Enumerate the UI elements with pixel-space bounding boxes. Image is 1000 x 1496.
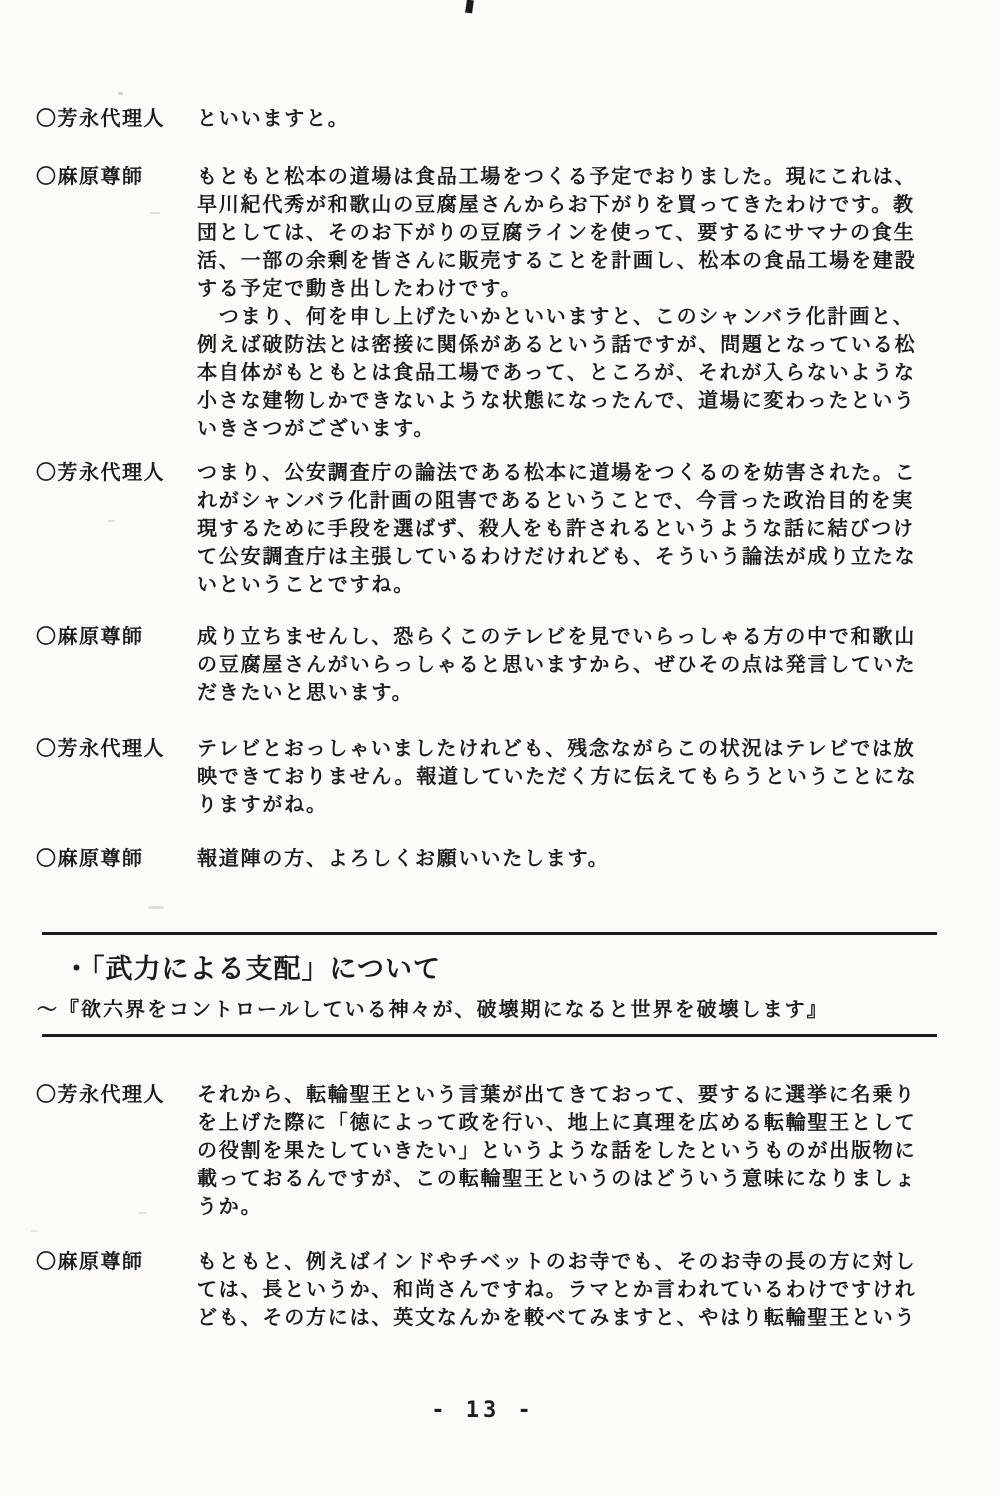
dialogue-line: だきたいと思います。 (197, 678, 916, 706)
dialogue-line: れがシャンバラ化計画の阻害であるということで、今言った政治目的を実 (197, 486, 916, 514)
dialogue-line: ども、その方には、英文なんかを較べてみますと、やはり転輪聖王という (197, 1303, 916, 1331)
dialogue-line: それから、転輪聖王という言葉が出てきておって、要するに選挙に名乗り (197, 1080, 916, 1108)
section-subtitle: ～『欲六界をコントロールしている神々が、破壊期になると世界を破壊します』 (37, 993, 829, 1022)
speech-text: といいますと。 (197, 104, 350, 132)
dialogue-line: ては、長というか、和尚さんですね。ラマとか言われているわけですけれ (197, 1275, 916, 1303)
document-page: 〇芳永代理人といいますと。〇麻原尊師もともと松本の道場は食品工場をつくる予定でお… (0, 0, 1000, 1496)
dialogue-line: つまり、公安調査庁の論法である松本に道場をつくるのを妨害された。こ (197, 458, 916, 486)
dialogue-line: 例えば破防法とは密接に関係があるという話ですが、問題となっている松 (197, 330, 916, 358)
dialogue-line: つまり、何を申し上げたいかといいますと、このシャンバラ化計画と、 (197, 302, 916, 330)
dialogue-line: を上げた際に「徳によって政を行い、地上に真理を広める転輪聖王として (197, 1108, 916, 1136)
section-divider-bottom (42, 1034, 937, 1037)
dialogue-line: いきさつがございます。 (197, 414, 916, 442)
scan-noise (150, 212, 160, 214)
dialogue-line: 載っておるんですが、この転輪聖王というのはどういう意味になりましょ (197, 1164, 916, 1192)
scan-noise (138, 1212, 147, 1214)
dialogue-line: テレビとおっしゃいましたけれども、残念ながらこの状況はテレビでは放 (197, 734, 918, 762)
dialogue-line: の豆腐屋さんがいらっしゃると思いますから、ぜひその点は発言していた (197, 650, 916, 678)
dialogue-line: りますがね。 (197, 790, 918, 818)
speech-text: もともと松本の道場は食品工場をつくる予定でおりました。現にこれは、早川紀代秀が和… (197, 162, 916, 442)
dialogue-line: といいますと。 (197, 104, 350, 132)
scan-noise (148, 906, 164, 909)
dialogue-line: 映できておりません。報道していただく方に伝えてもらうということにな (197, 762, 918, 790)
speaker-label: 〇麻原尊師 (36, 844, 144, 872)
scan-noise (30, 1230, 38, 1232)
dialogue-line: もともと、例えばインドやチベットのお寺でも、そのお寺の長の方に対し (197, 1247, 916, 1275)
speech-text: つまり、公安調査庁の論法である松本に道場をつくるのを妨害された。これがシャンバラ… (197, 458, 916, 598)
dialogue-line: 本自体がもともとは食品工場であって、ところが、それが入らないような (197, 358, 916, 386)
speaker-label: 〇麻原尊師 (36, 162, 144, 190)
scan-artifact-mark (465, 0, 474, 13)
scan-noise (118, 92, 123, 95)
scan-noise (108, 520, 115, 522)
dialogue-line: 成り立ちませんし、恐らくこのテレビを見でいらっしゃる方の中で和歌山 (197, 622, 916, 650)
dialogue-line: もともと松本の道場は食品工場をつくる予定でおりました。現にこれは、 (197, 162, 916, 190)
speaker-label: 〇麻原尊師 (36, 622, 144, 650)
page-number: - 13 - (431, 1398, 534, 1423)
speech-text: 成り立ちませんし、恐らくこのテレビを見でいらっしゃる方の中で和歌山の豆腐屋さんが… (197, 622, 916, 706)
dialogue-line: 活、一部の余剰を皆さんに販売することを計画し、松本の食品工場を建設 (197, 246, 916, 274)
speech-text: もともと、例えばインドやチベットのお寺でも、そのお寺の長の方に対しては、長という… (197, 1247, 916, 1331)
speaker-label: 〇芳永代理人 (36, 458, 165, 486)
dialogue-line: いということですね。 (197, 570, 916, 598)
speech-text: テレビとおっしゃいましたけれども、残念ながらこの状況はテレビでは放映できておりま… (197, 734, 918, 818)
dialogue-line: 早川紀代秀が和歌山の豆腐屋さんからお下がりを買ってきたわけです。教 (197, 190, 916, 218)
section-divider-top (42, 932, 937, 935)
dialogue-line: うか。 (197, 1192, 916, 1220)
dialogue-line: 報道陣の方、よろしくお願いいたします。 (197, 844, 610, 872)
section-title: ・「武力による支配」について (63, 947, 441, 986)
speaker-label: 〇麻原尊師 (36, 1247, 144, 1275)
dialogue-line: て公安調査庁は主張しているわけだけれども、そういう論法が成り立たな (197, 542, 916, 570)
speech-text: それから、転輪聖王という言葉が出てきておって、要するに選挙に名乗りを上げた際に「… (197, 1080, 916, 1220)
speech-text: 報道陣の方、よろしくお願いいたします。 (197, 844, 610, 872)
dialogue-line: する予定で動き出したわけです。 (197, 274, 916, 302)
speaker-label: 〇芳永代理人 (36, 1080, 165, 1108)
dialogue-line: 現するために手段を選ばず、殺人をも許されるというような話に結びつけ (197, 514, 916, 542)
dialogue-line: 小さな建物しかできないような状態になったんで、道場に変わったという (197, 386, 916, 414)
speaker-label: 〇芳永代理人 (36, 104, 165, 132)
dialogue-line: の役割を果たしていきたい」というような話をしたというものが出版物に (197, 1136, 916, 1164)
dialogue-line: 団としては、そのお下がりの豆腐ラインを使って、要するにサマナの食生 (197, 218, 916, 246)
speaker-label: 〇芳永代理人 (36, 734, 165, 762)
